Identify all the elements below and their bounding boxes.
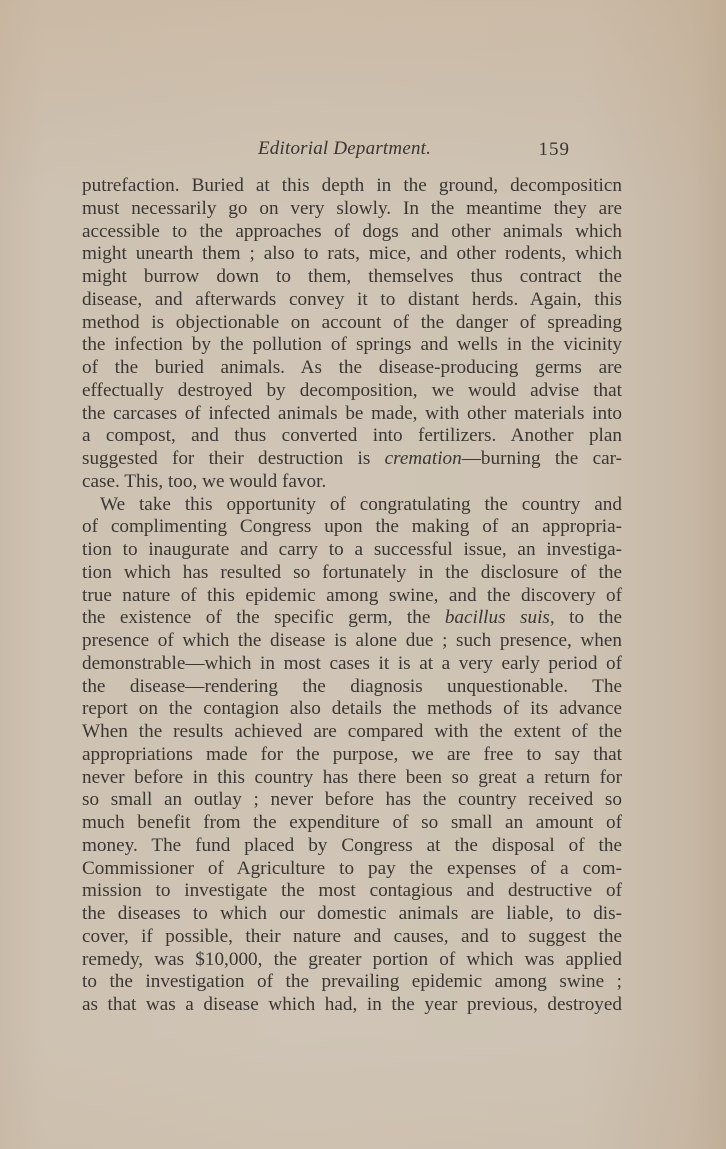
- text-line: appropriations made for the purpose, we …: [82, 744, 622, 767]
- text-line: true nature of this epidemic among swine…: [82, 585, 622, 608]
- text-line-with-italic: suggested for their destruction is crema…: [82, 448, 622, 471]
- text-line: Commissioner of Agriculture to pay the e…: [82, 858, 622, 881]
- text-line: money. The fund placed by Congress at th…: [82, 835, 622, 858]
- text-line: might burrow down to them, themselves th…: [82, 266, 622, 289]
- page-number: 159: [539, 139, 571, 161]
- text-line: the disease—rendering the diagnosis unqu…: [82, 676, 622, 699]
- text-line: so small an outlay ; never before has th…: [82, 789, 622, 812]
- page-header: Editorial Department. 159: [258, 138, 570, 168]
- running-title: Editorial Department.: [258, 138, 431, 160]
- text-line: case. This, too, we would favor.: [82, 471, 622, 494]
- text-line: a compost, and thus converted into ferti…: [82, 425, 622, 448]
- text-line: much benefit from the expenditure of so …: [82, 812, 622, 835]
- paragraph: We take this opportunity of congratulati…: [82, 494, 622, 1017]
- text-line: of the buried animals. As the disease-pr…: [82, 357, 622, 380]
- text-line: accessible to the approaches of dogs and…: [82, 221, 622, 244]
- text-segment: —burning the car-: [462, 448, 622, 469]
- text-line: cover, if possible, their nature and cau…: [82, 926, 622, 949]
- text-line: tion which has resulted so fortunately i…: [82, 562, 622, 585]
- text-line: report on the contagion also details the…: [82, 698, 622, 721]
- text-line: effectually destroyed by decomposition, …: [82, 380, 622, 403]
- paragraph-continued: putrefaction. Buried at this depth in th…: [82, 175, 622, 494]
- italic-term-bacillus-suis: bacillus suis: [445, 607, 550, 628]
- text-line: remedy, was $10,000, the greater portion…: [82, 949, 622, 972]
- text-line: method is objectionable on account of th…: [82, 312, 622, 335]
- text-line: as that was a disease which had, in the …: [82, 994, 622, 1017]
- text-line: presence of which the disease is alone d…: [82, 630, 622, 653]
- text-line: demonstrable—which in most cases it is a…: [82, 653, 622, 676]
- body-text: putrefaction. Buried at this depth in th…: [82, 175, 622, 1017]
- text-line: tion to inaugurate and carry to a succes…: [82, 539, 622, 562]
- text-line: might unearth them ; also to rats, mice,…: [82, 243, 622, 266]
- text-segment: suggested for their destruction is: [82, 448, 385, 469]
- text-line: the infection by the pollution of spring…: [82, 334, 622, 357]
- text-line: of complimenting Congress upon the makin…: [82, 516, 622, 539]
- text-line: the diseases to which our domestic anima…: [82, 903, 622, 926]
- text-line: must necessarily go on very slowly. In t…: [82, 198, 622, 221]
- text-line: to the investigation of the prevailing e…: [82, 971, 622, 994]
- text-line: never before in this country has there b…: [82, 767, 622, 790]
- italic-term-cremation: cremation: [385, 448, 462, 469]
- text-segment: the existence of the specific germ, the: [82, 607, 445, 628]
- text-line: the carcases of infected animals be made…: [82, 403, 622, 426]
- text-segment: , to the: [550, 607, 622, 628]
- text-line: disease, and afterwards convey it to dis…: [82, 289, 622, 312]
- text-line-first-indented: We take this opportunity of congratulati…: [82, 494, 622, 517]
- text-line: putrefaction. Buried at this depth in th…: [82, 175, 622, 198]
- text-line-with-italic: the existence of the specific germ, the …: [82, 607, 622, 630]
- text-line: When the results achieved are compared w…: [82, 721, 622, 744]
- text-line: mission to investigate the most contagio…: [82, 880, 622, 903]
